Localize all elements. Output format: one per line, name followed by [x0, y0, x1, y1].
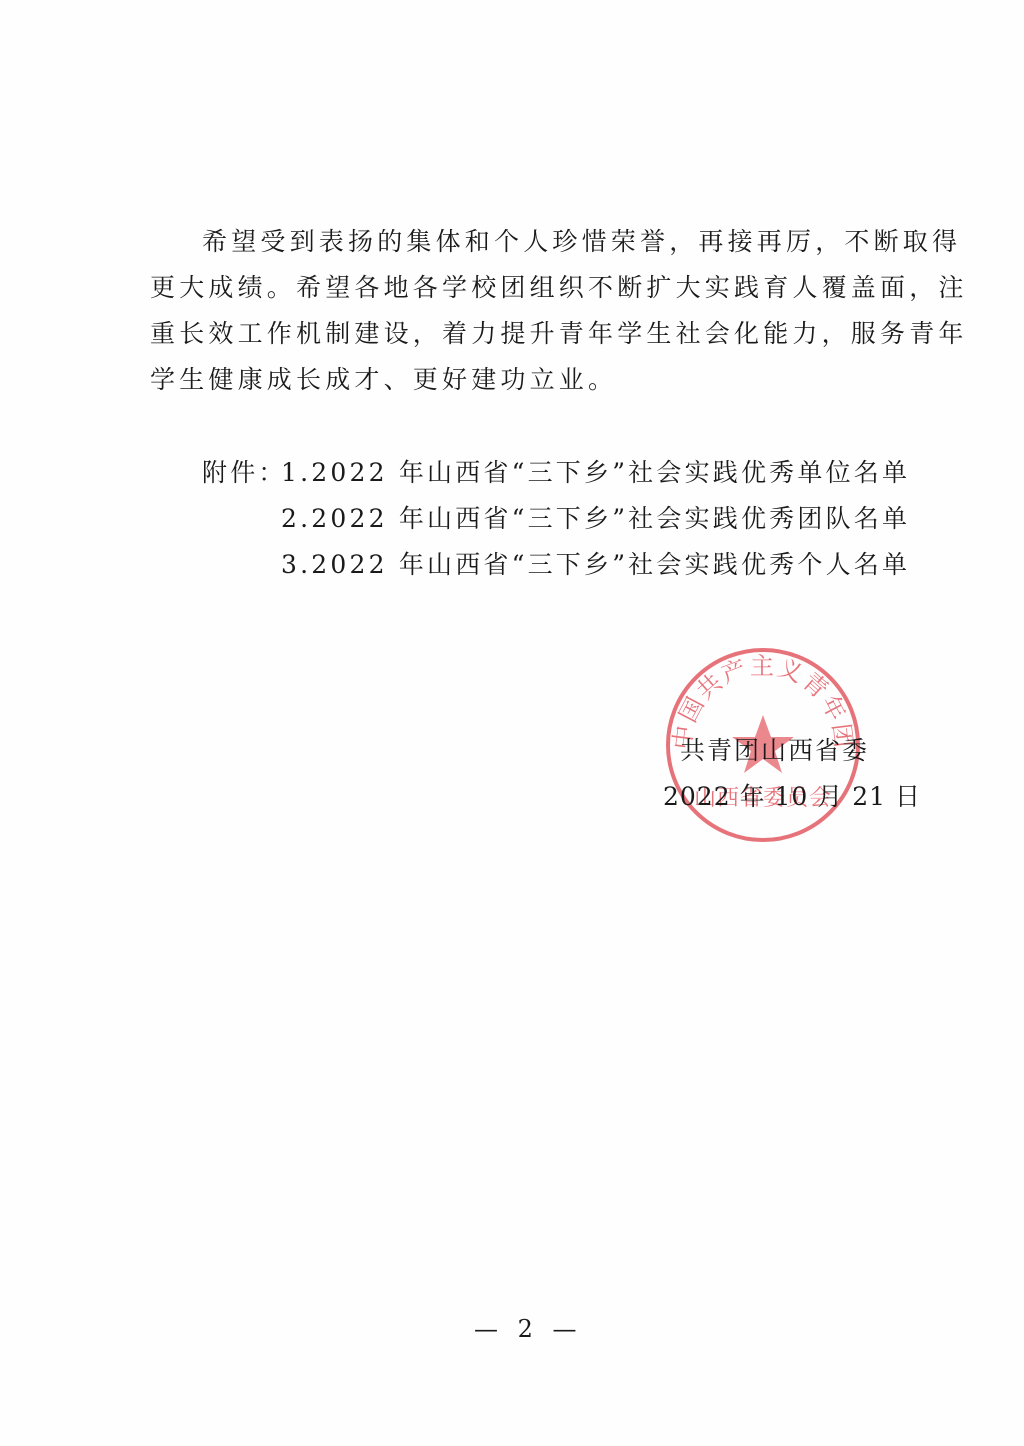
body-line-4: 学生健康成长成才、更好建功立业。	[150, 360, 617, 396]
attachments-label: 附件：	[202, 453, 287, 489]
attachment-item-2: 2.2022 年山西省“三下乡”社会实践优秀团队名单	[281, 499, 910, 535]
body-line-3: 重长效工作机制建设，着力提升青年学生社会化能力，服务青年	[150, 314, 968, 350]
signature-organization: 共青团山西省委	[680, 731, 869, 767]
signature-date: 2022 年 10 月 21 日	[663, 777, 921, 813]
body-line-1: 希望受到表扬的集体和个人珍惜荣誉，再接再厉，不断取得	[202, 222, 961, 258]
attachment-item-1: 1.2022 年山西省“三下乡”社会实践优秀单位名单	[281, 453, 910, 489]
page-number: — 2 —	[474, 1315, 583, 1343]
attachment-item-3: 3.2022 年山西省“三下乡”社会实践优秀个人名单	[281, 545, 910, 581]
body-line-2: 更大成绩。希望各地各学校团组织不断扩大实践育人覆盖面，注	[150, 268, 968, 304]
document-page: 希望受到表扬的集体和个人珍惜荣誉，再接再厉，不断取得 更大成绩。希望各地各学校团…	[0, 0, 1024, 1446]
